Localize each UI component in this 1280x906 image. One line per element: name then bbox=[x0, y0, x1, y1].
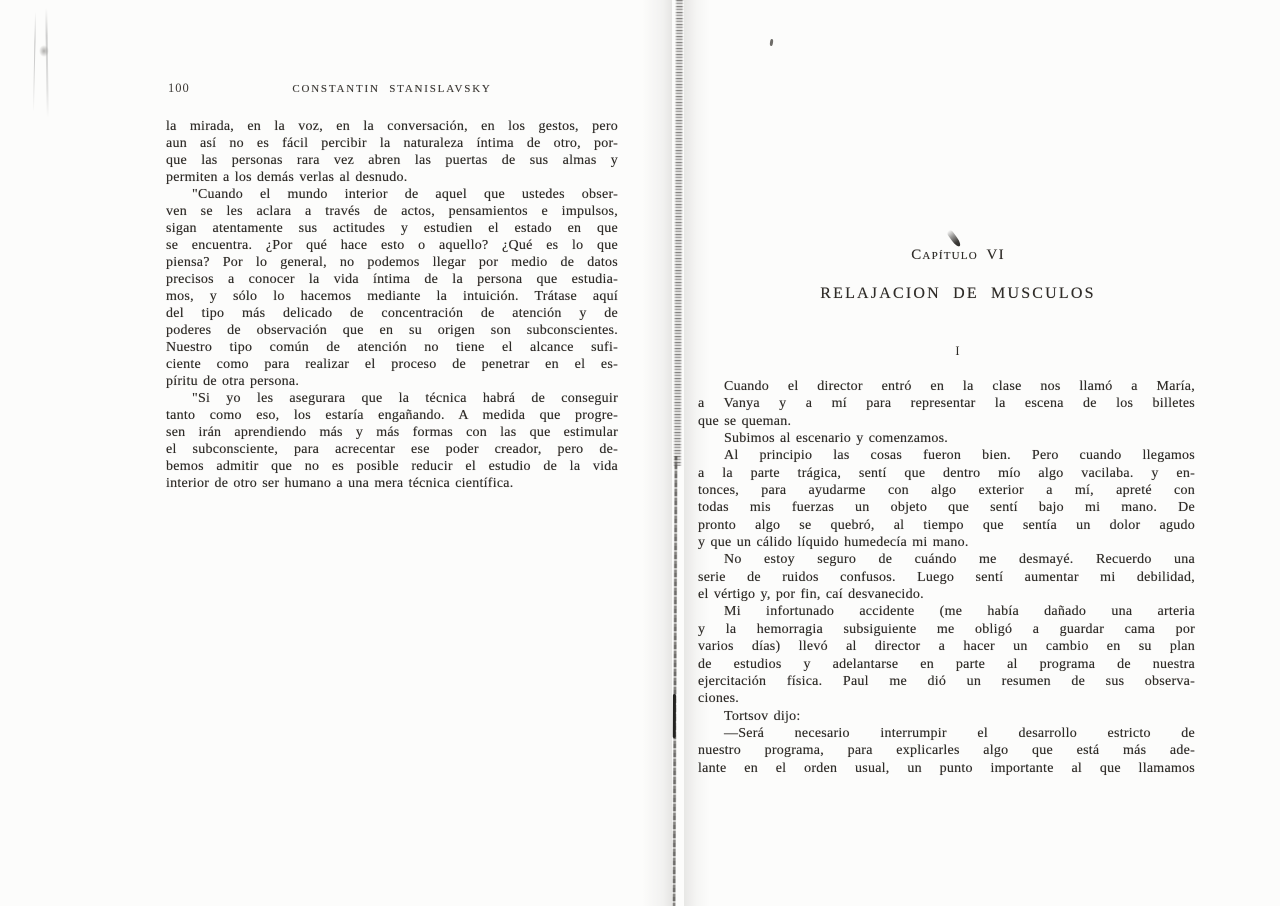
text-line: ejercitación física. Paul me dió un resu… bbox=[698, 673, 1195, 690]
text-line: el subconsciente, para acrecentar ese po… bbox=[166, 441, 618, 458]
text-line: sigan atentamente sus actitudes y estudi… bbox=[166, 220, 618, 237]
ink-smudge bbox=[946, 229, 962, 248]
text-line: a Vanya y a mí para representar la escen… bbox=[698, 395, 1195, 412]
paragraph: Subimos al escenario y comenzamos. bbox=[698, 430, 1195, 447]
text-line: Subimos al escenario y comenzamos. bbox=[698, 430, 1195, 447]
text-line: lante en el orden usual, un punto import… bbox=[698, 760, 1195, 777]
gutter-grain-top bbox=[673, 0, 684, 466]
gutter-line-bottom bbox=[672, 456, 678, 906]
text-line: que las personas rara vez abren las puer… bbox=[166, 152, 618, 169]
text-line: pronto algo se quebró, al tiempo que sen… bbox=[698, 517, 1195, 534]
margin-crease-line bbox=[33, 12, 36, 112]
paragraph: No estoy seguro de cuándo me desmayé. Re… bbox=[698, 551, 1195, 603]
text-line: y que un cálido líquido humedecía mi man… bbox=[698, 534, 1195, 551]
paragraph: Al principio las cosas fueron bien. Pero… bbox=[698, 447, 1195, 551]
text-line: ven se les aclara a través de actos, pen… bbox=[166, 203, 618, 220]
text-line: "Cuando el mundo interior de aquel que u… bbox=[166, 186, 618, 203]
text-line: Mi infortunado accidente (me había dañad… bbox=[698, 603, 1195, 620]
text-line: la mirada, en la voz, en la conversación… bbox=[166, 118, 618, 135]
text-line: ciente como para realizar el proceso de … bbox=[166, 356, 618, 373]
text-line: precisos a conocer la vida íntima de la … bbox=[166, 271, 618, 288]
text-line: poderes de observación que en su origen … bbox=[166, 322, 618, 339]
text-line: el vértigo y, por fin, caí desvanecido. bbox=[698, 586, 1195, 603]
right-page-text: Cuando el director entró en la clase nos… bbox=[698, 378, 1195, 777]
paragraph: "Cuando el mundo interior de aquel que u… bbox=[166, 186, 618, 390]
text-line: serie de ruidos confusos. Luego sentí au… bbox=[698, 569, 1195, 586]
paragraph: Cuando el director entró en la clase nos… bbox=[698, 378, 1195, 430]
text-line: píritu de otra persona. bbox=[166, 373, 618, 390]
text-line: bemos admitir que no es posible reducir … bbox=[166, 458, 618, 475]
running-header: CONSTANTIN STANISLAVSKY bbox=[166, 83, 618, 95]
text-line: de estudios y adelantarse en parte al pr… bbox=[698, 656, 1195, 673]
chapter-label: Capítulo VI bbox=[700, 247, 1216, 264]
text-line: ciones. bbox=[698, 690, 1195, 707]
text-line: Cuando el director entró en la clase nos… bbox=[698, 378, 1195, 395]
text-line: permiten a los demás verlas al desnudo. bbox=[166, 169, 618, 186]
book-gutter-crease bbox=[666, 0, 686, 906]
text-line: mos, y sólo lo hacemos mediante la intui… bbox=[166, 288, 618, 305]
text-line: tonces, para ayudarme con algo exterior … bbox=[698, 482, 1195, 499]
text-line: que se queman. bbox=[698, 413, 1195, 430]
paragraph: Mi infortunado accidente (me había dañad… bbox=[698, 603, 1195, 707]
text-line: Nuestro tipo común de atención no tiene … bbox=[166, 339, 618, 356]
paragraph: la mirada, en la voz, en la conversación… bbox=[166, 118, 618, 186]
paragraph: "Si yo les asegurara que la técnica habr… bbox=[166, 390, 618, 492]
text-line: se encuentra. ¿Por qué hace esto o aquel… bbox=[166, 237, 618, 254]
text-line: piensa? Por lo general, no podemos llega… bbox=[166, 254, 618, 271]
text-line: interior de otro ser humano a una mera t… bbox=[166, 475, 618, 492]
text-line: todas mis fuerzas un objeto que sentí ba… bbox=[698, 499, 1195, 516]
text-line: "Si yo les asegurara que la técnica habr… bbox=[166, 390, 618, 407]
paragraph: —Será necesario interrumpir el desarroll… bbox=[698, 725, 1195, 777]
text-line: a la parte trágica, sentí que dentro mío… bbox=[698, 465, 1195, 482]
text-line: Tortsov dijo: bbox=[698, 708, 1195, 725]
text-line: No estoy seguro de cuándo me desmayé. Re… bbox=[698, 551, 1195, 568]
section-number: I bbox=[700, 344, 1216, 359]
gutter-dark-segment bbox=[673, 694, 676, 738]
paragraph: Tortsov dijo: bbox=[698, 708, 1195, 725]
text-line: Al principio las cosas fueron bien. Pero… bbox=[698, 447, 1195, 464]
chapter-title: RELAJACION DE MUSCULOS bbox=[700, 285, 1216, 303]
page-header: 100 CONSTANTIN STANISLAVSKY bbox=[166, 81, 618, 97]
text-line: tanto como eso, los estaría engañando. A… bbox=[166, 407, 618, 424]
text-line: varios días) llevó al director a hacer u… bbox=[698, 638, 1195, 655]
text-line: aun así no es fácil percibir la naturale… bbox=[166, 135, 618, 152]
margin-smudge bbox=[39, 45, 49, 57]
text-line: —Será necesario interrumpir el desarroll… bbox=[698, 725, 1195, 742]
left-page-text: la mirada, en la voz, en la conversación… bbox=[166, 118, 618, 492]
text-line: del tipo más delicado de concentración d… bbox=[166, 305, 618, 322]
book-scan-spread: 100 CONSTANTIN STANISLAVSKY la mirada, e… bbox=[0, 0, 1280, 906]
text-line: nuestro programa, para explicarles algo … bbox=[698, 742, 1195, 759]
dust-speck bbox=[770, 39, 774, 46]
text-line: sen irán aprendiendo más y más formas co… bbox=[166, 424, 618, 441]
margin-crease-line bbox=[45, 8, 49, 118]
text-line: y la hemorragia subsiguiente me obligó a… bbox=[698, 621, 1195, 638]
